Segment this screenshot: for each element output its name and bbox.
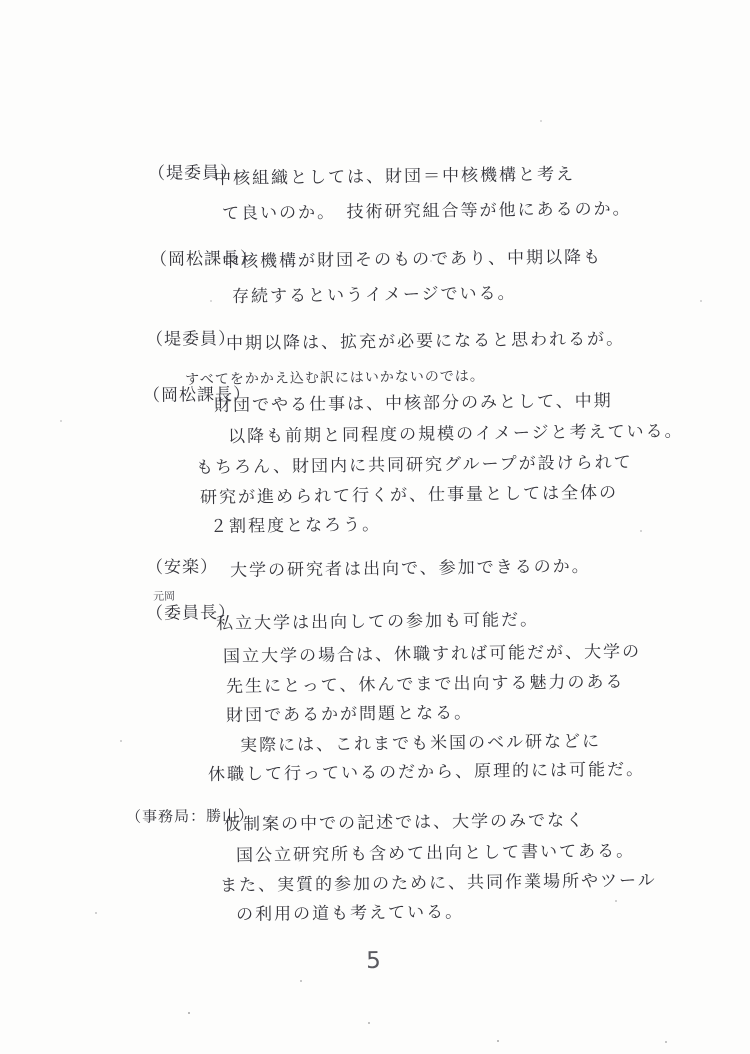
- text-line: 私立大学は出向しての参加も可能だ。: [216, 612, 539, 633]
- text-line: 存続するというイメージでいる。: [232, 286, 517, 306]
- scanned-document-page: （堤委員） 中核組織としては、財団＝中核機構と考え て良いのか。 技術研究組合等…: [0, 0, 750, 1054]
- speaker-label: （堤委員）: [146, 331, 236, 349]
- text-line: 仮制案の中での記述では、大学のみでなく: [224, 813, 585, 834]
- text-line: 国立大学の場合は、休職すれば可能だが、大学の: [223, 644, 641, 666]
- text-line: 大学の研究者は出向で、参加できるのか。: [230, 559, 591, 580]
- text-line: 中核組織としては、財団＝中核機構と考え: [214, 167, 575, 188]
- text-line: の利用の道も考えている。: [236, 904, 464, 924]
- text-line: もちろん、財団内に共同研究グループが設けられて: [196, 455, 633, 477]
- text-line: 国公立研究所も含めて出向として書いてある。: [236, 843, 635, 865]
- text-line: 実際には、これまでも米国のベル研などに: [240, 734, 601, 755]
- text-line: 財団でやる仕事は、中核部分のみとして、中期: [214, 393, 613, 415]
- text-line: 以降も前期と同程度の規模のイメージと考えている。: [228, 423, 684, 446]
- text-line: 研究が進められて行くが、仕事量としては全体の: [200, 485, 618, 507]
- text-line: 休職して行っているのだから、原理的には可能だ。: [208, 762, 645, 784]
- text-line: 中期以降は、拡充が必要になると思われるが。: [226, 331, 625, 353]
- text-line: て良いのか。 技術研究組合等が他にあるのか。: [222, 201, 632, 223]
- speaker-label: （安楽）: [146, 559, 218, 577]
- text-line: 財団であるかが問題となる。: [226, 705, 473, 725]
- speaker-annotation: 元岡: [153, 591, 175, 602]
- text-line: また、実質的参加のために、共同作業場所やツール: [220, 873, 657, 895]
- text-line: 先生にとって、休んでまで出向する魅力のある: [226, 674, 625, 696]
- text-line: ２割程度となろう。: [210, 517, 381, 536]
- page-number: 5: [366, 950, 381, 973]
- text-line: 中核機構が財団そのものであり、中期以降も: [222, 249, 602, 271]
